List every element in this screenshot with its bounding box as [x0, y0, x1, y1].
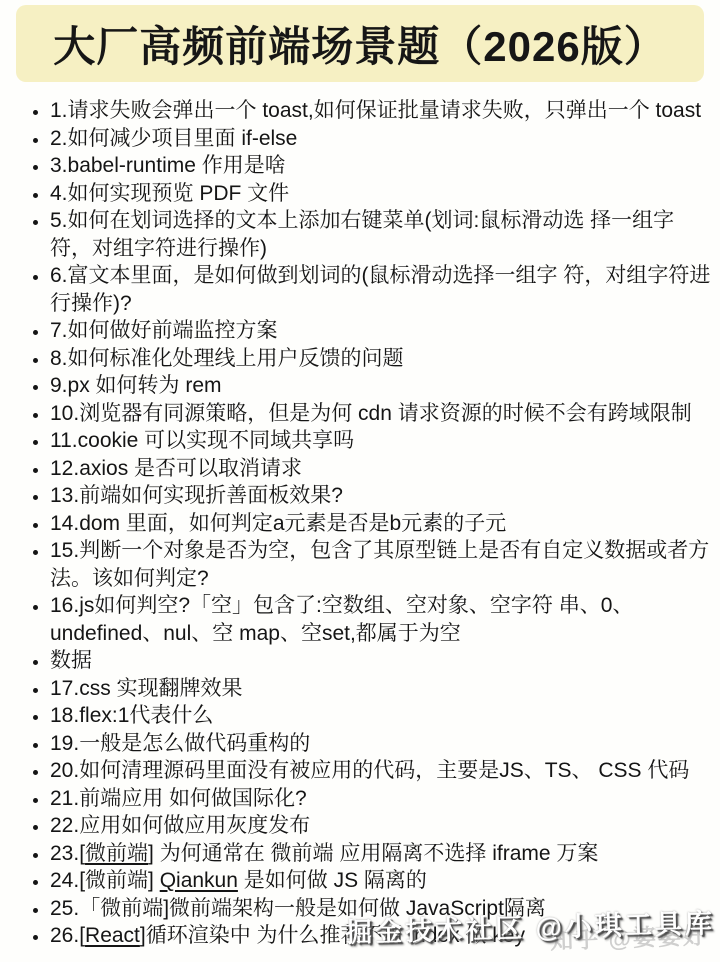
question-text: 15.判断一个对象是否为空，包含了其原型链上是否有自定义数据或者方法。该如何判定… — [50, 539, 709, 590]
list-item: 14.dom 里面，如何判定a元素是否是b元素的子元 — [50, 510, 712, 538]
question-text: 22.应用如何做应用灰度发布 — [50, 814, 310, 837]
question-text: 9.px 如何转为 rem — [50, 374, 222, 397]
question-text: 21.前端应用 如何做国际化? — [50, 787, 307, 810]
question-text: 19.一般是怎么做代码重构的 — [50, 732, 310, 755]
question-text: 16.js如何判空?「空」包含了:空数组、空对象、空字符 串、0、undefin… — [50, 594, 633, 645]
underlined-term: 微前端 — [85, 842, 148, 865]
list-item: 19.一般是怎么做代码重构的 — [50, 730, 712, 758]
list-item: 10.浏览器有同源策略，但是为何 cdn 请求资源的时候不会有跨域限制 — [50, 400, 712, 428]
list-item: 2.如何减少项目里面 if-else — [50, 125, 712, 153]
list-item: 17.css 实现翻牌效果 — [50, 675, 712, 703]
question-text: 6.富文本里面，是如何做到划词的(鼠标滑动选择一组字 符，对组字符进行操作)? — [50, 264, 710, 315]
question-text: 8.如何标准化处理线上用户反馈的问题 — [50, 347, 404, 370]
question-text: 10.浏览器有同源策略，但是为何 cdn 请求资源的时候不会有跨域限制 — [50, 402, 692, 425]
underlined-term: Qiankun — [160, 869, 238, 892]
list-item: 5.如何在划词选择的文本上添加右键菜单(划词:鼠标滑动选 择一组字符，对组字符进… — [50, 207, 712, 262]
question-text: 1.请求失败会弹出一个 toast,如何保证批量请求失败，只弹出一个 toast — [50, 99, 701, 122]
underlined-term: React — [85, 924, 140, 947]
question-text: 13.前端如何实现折善面板效果? — [50, 484, 343, 507]
question-text: 20.如何清理源码里面没有被应用的代码，主要是JS、TS、 CSS 代码 — [50, 759, 689, 782]
list-item: 13.前端如何实现折善面板效果? — [50, 482, 712, 510]
question-text: 4.如何实现预览 PDF 文件 — [50, 182, 289, 205]
question-text: 5.如何在划词选择的文本上添加右键菜单(划词:鼠标滑动选 择一组字符，对组字符进… — [50, 209, 674, 260]
list-item: 8.如何标准化处理线上用户反馈的问题 — [50, 345, 712, 373]
list-item: 24.[微前端] Qiankun 是如何做 JS 隔离的 — [50, 867, 712, 895]
question-text: 14.dom 里面，如何判定a元素是否是b元素的子元 — [50, 512, 506, 535]
question-text: 18.flex:1代表什么 — [50, 704, 213, 727]
list-item: 15.判断一个对象是否为空，包含了其原型链上是否有自定义数据或者方法。该如何判定… — [50, 537, 712, 592]
question-list: 1.请求失败会弹出一个 toast,如何保证批量请求失败，只弹出一个 toast… — [0, 97, 720, 950]
question-text: 17.css 实现翻牌效果 — [50, 677, 243, 700]
question-text: 11.cookie 可以实现不同域共享吗 — [50, 429, 354, 452]
question-text: 7.如何做好前端监控方案 — [50, 319, 278, 342]
title-box: 大厂高频前端场景题（2026版） — [16, 5, 704, 82]
list-item: 18.flex:1代表什么 — [50, 702, 712, 730]
question-text: 2.如何减少项目里面 if-else — [50, 127, 297, 150]
list-item: 6.富文本里面，是如何做到划词的(鼠标滑动选择一组字 符，对组字符进行操作)? — [50, 262, 712, 317]
list-item: 11.cookie 可以实现不同域共享吗 — [50, 427, 712, 455]
question-text: 12.axios 是否可以取消请求 — [50, 457, 302, 480]
page: 大厂高频前端场景题（2026版） 1.请求失败会弹出一个 toast,如何保证批… — [0, 0, 720, 962]
list-item: 16.js如何判空?「空」包含了:空数组、空对象、空字符 串、0、undefin… — [50, 592, 712, 647]
list-item: 9.px 如何转为 rem — [50, 372, 712, 400]
list-item: 3.babel-runtime 作用是啥 — [50, 152, 712, 180]
question-text: 24.[微前端] — [50, 869, 160, 892]
list-item: 22.应用如何做应用灰度发布 — [50, 812, 712, 840]
list-item: 21.前端应用 如何做国际化? — [50, 785, 712, 813]
question-text: 23.[ — [50, 842, 85, 865]
question-text: 数据 — [50, 649, 92, 672]
list-item: 数据 — [50, 647, 712, 675]
list-item: 12.axios 是否可以取消请求 — [50, 455, 712, 483]
question-text: 是如何做 JS 隔离的 — [238, 869, 427, 892]
list-item: 20.如何清理源码里面没有被应用的代码，主要是JS、TS、 CSS 代码 — [50, 757, 712, 785]
question-text: ] 为何通常在 微前端 应用隔离不选择 iframe 万案 — [148, 842, 598, 865]
page-title: 大厂高频前端场景题（2026版） — [53, 14, 666, 74]
question-text: 26.[ — [50, 924, 85, 947]
list-item: 7.如何做好前端监控方案 — [50, 317, 712, 345]
list-item: 4.如何实现预览 PDF 文件 — [50, 180, 712, 208]
list-item: 23.[微前端] 为何通常在 微前端 应用隔离不选择 iframe 万案 — [50, 840, 712, 868]
question-text: 3.babel-runtime 作用是啥 — [50, 154, 286, 177]
list-item: 1.请求失败会弹出一个 toast,如何保证批量请求失败，只弹出一个 toast — [50, 97, 712, 125]
